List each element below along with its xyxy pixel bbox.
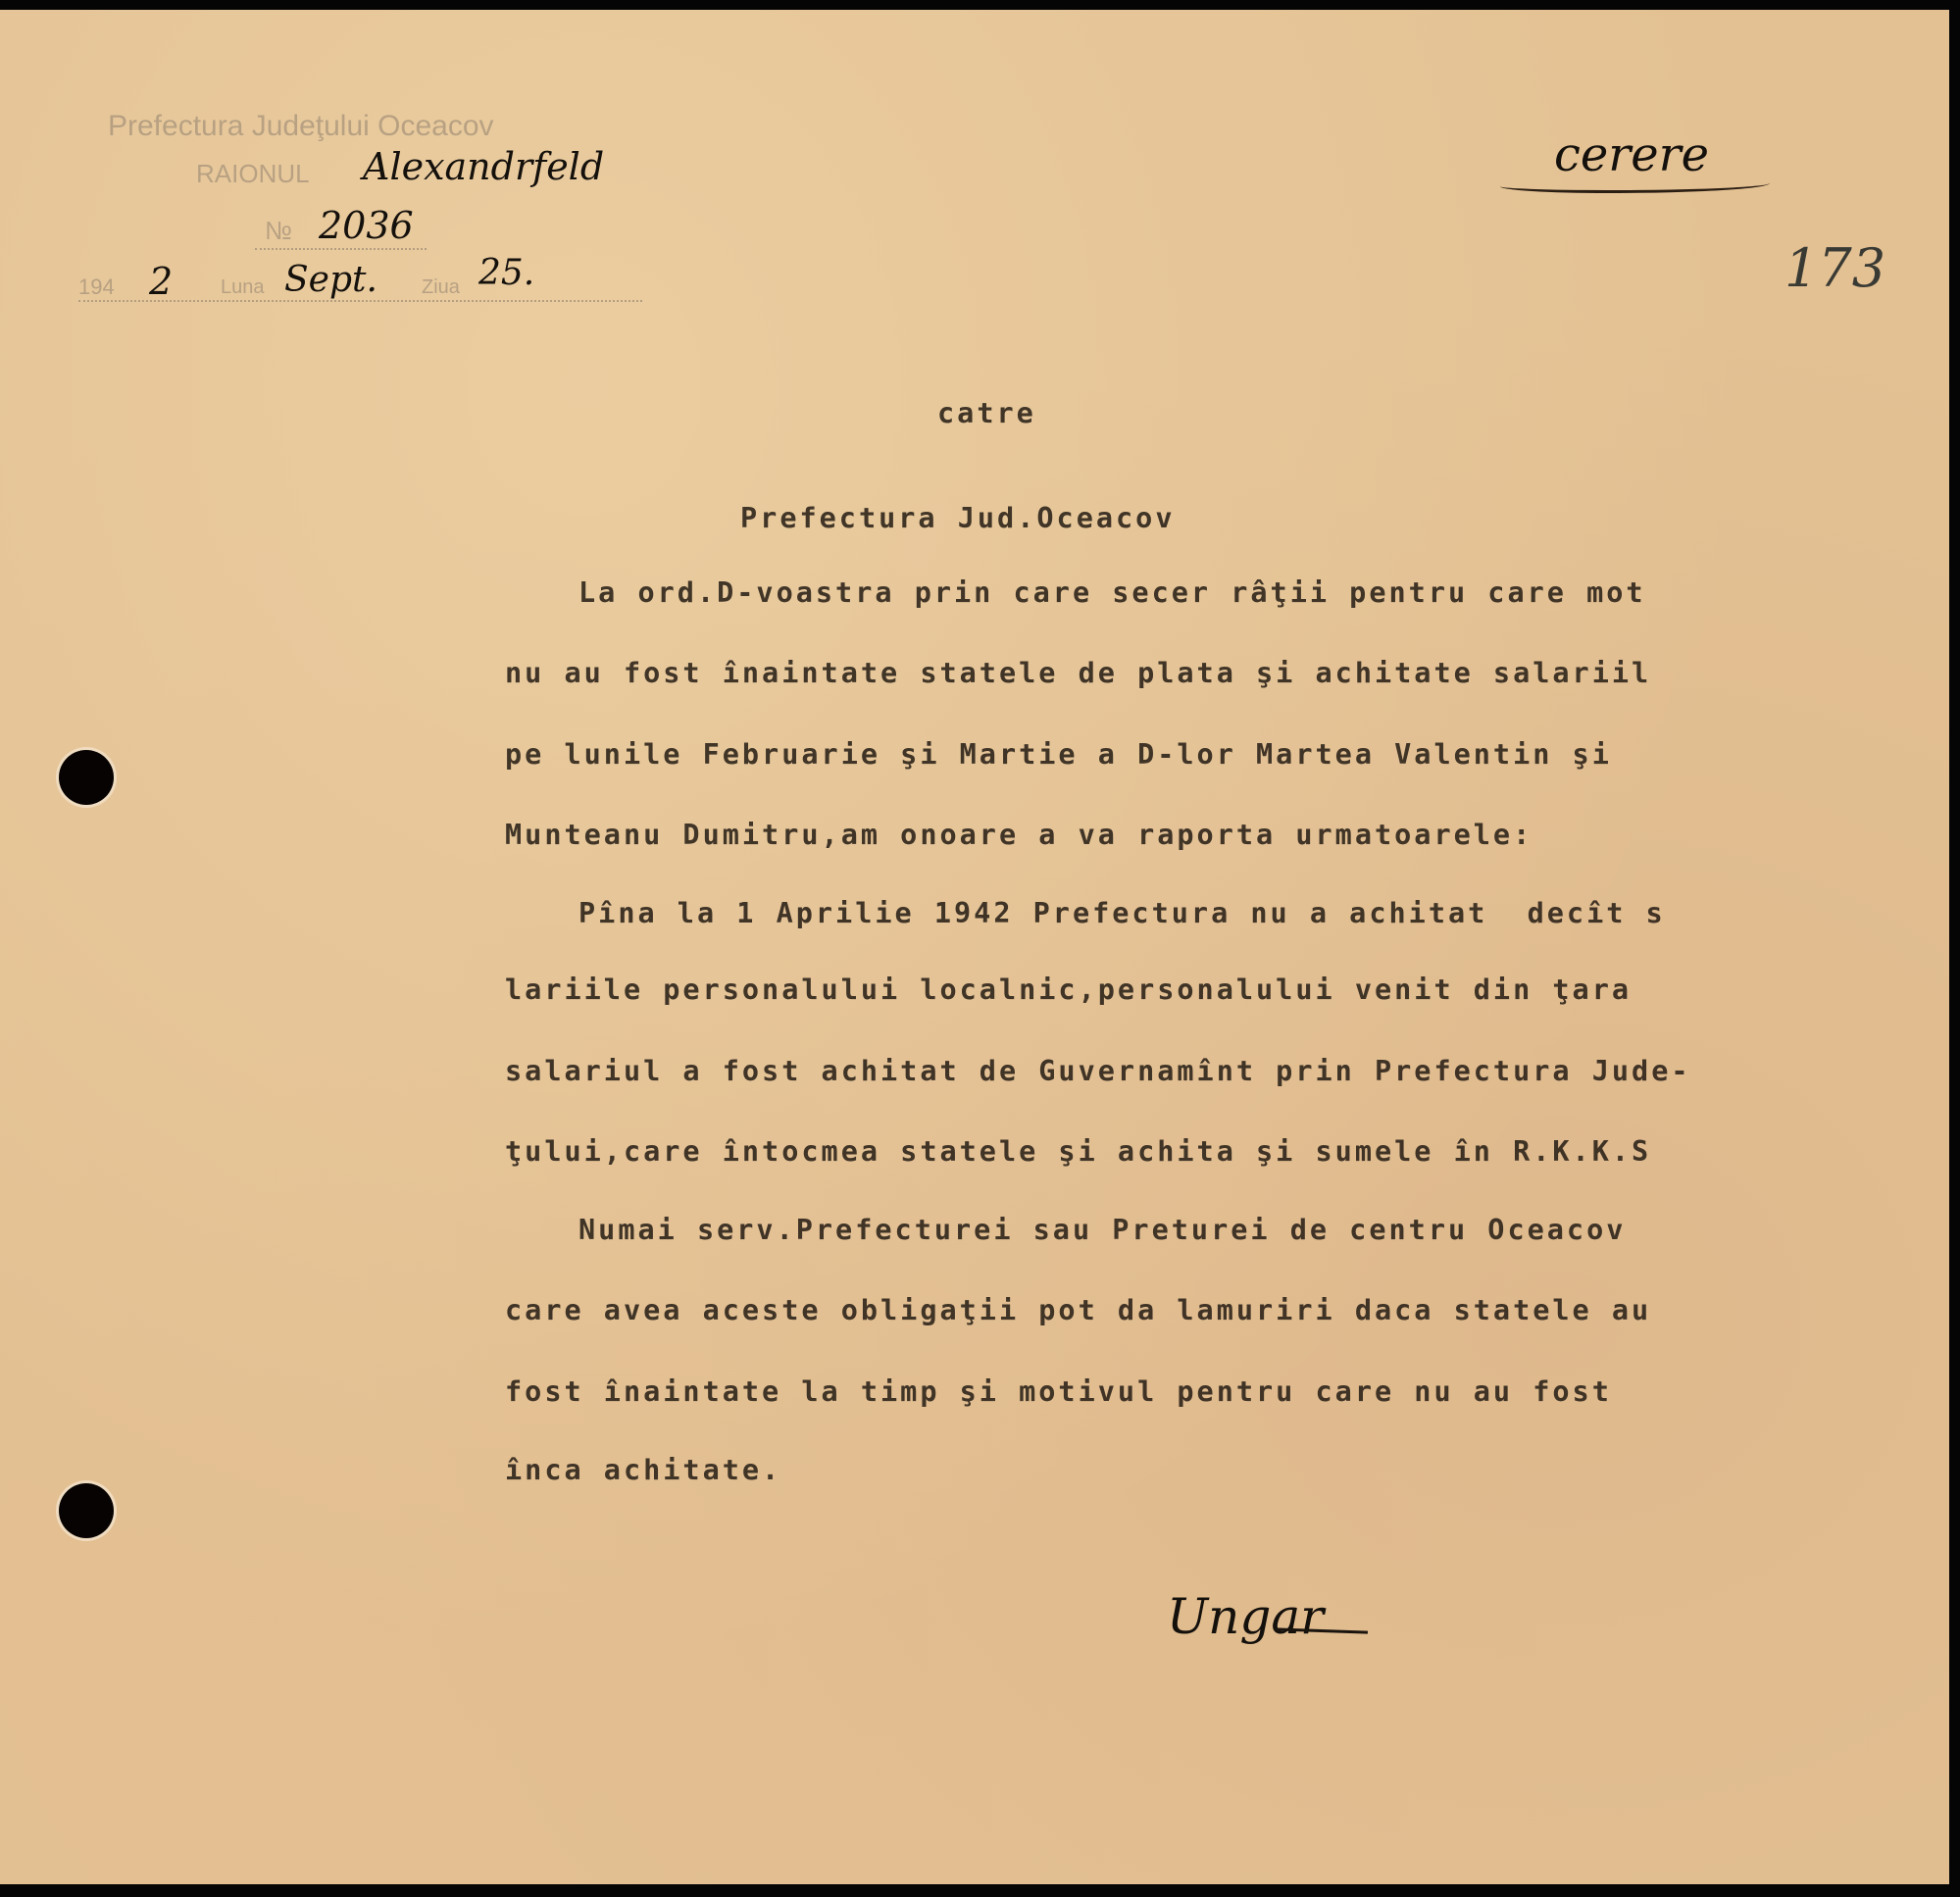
addressee-prefix: catre — [937, 397, 1036, 429]
body-line-4: Munteanu Dumitru,am onoare a va raporta … — [505, 819, 1533, 851]
stamp-district-value: Alexandrfeld — [363, 145, 604, 188]
note-underline — [1500, 176, 1770, 193]
body-line-12: înca achitate. — [505, 1454, 781, 1486]
folio-number: 173 — [1784, 237, 1885, 299]
document-page: Prefectura Judeţului Oceacov RAIONUL Ale… — [0, 10, 1949, 1884]
body-line-10: care avea aceste obligaţii pot da lamuri… — [505, 1294, 1651, 1326]
stamp-day-label: Ziua — [422, 276, 460, 299]
body-line-11: fost înaintate la timp şi motivul pentru… — [505, 1375, 1612, 1408]
body-line-7: salariul a fost achitat de Guvernamînt p… — [505, 1055, 1691, 1087]
addressee: Prefectura Jud.Oceacov — [740, 502, 1176, 534]
stamp-year-value: 2 — [149, 260, 173, 303]
signature: Ungar — [1167, 1588, 1324, 1645]
stamp-month-label: Luna — [221, 276, 265, 299]
body-line-9: Numai serv.Prefecturei sau Preturei de c… — [578, 1214, 1626, 1246]
body-line-1: La ord.D-voastra prin care secer râţii p… — [578, 576, 1646, 609]
stamp-year-label: 194 — [78, 275, 115, 300]
body-line-6: lariile personalului localnic,personalul… — [505, 973, 1632, 1006]
stamp-date-rule — [78, 300, 642, 302]
punch-hole-bottom — [59, 1483, 114, 1538]
stamp-number-label: № — [265, 216, 292, 246]
stamp-month-value: Sept. — [284, 260, 377, 300]
handwritten-note: cerere — [1554, 127, 1709, 182]
body-line-3: pe lunile Februarie şi Martie a D-lor Ma… — [505, 738, 1612, 771]
body-line-2: nu au fost înaintate statele de plata şi… — [505, 657, 1651, 689]
stamp-district-label: RAIONUL — [196, 159, 310, 189]
stamp-number-rule — [255, 248, 427, 250]
stamp-number-value: 2036 — [319, 204, 414, 247]
body-line-5: Pîna la 1 Aprilie 1942 Prefectura nu a a… — [578, 897, 1666, 929]
punch-hole-top — [59, 750, 114, 805]
body-line-8: ţului,care întocmea statele şi achita şi… — [505, 1135, 1651, 1168]
stamp-office: Prefectura Judeţului Oceacov — [108, 110, 494, 143]
stamp-day-value: 25. — [478, 253, 534, 293]
